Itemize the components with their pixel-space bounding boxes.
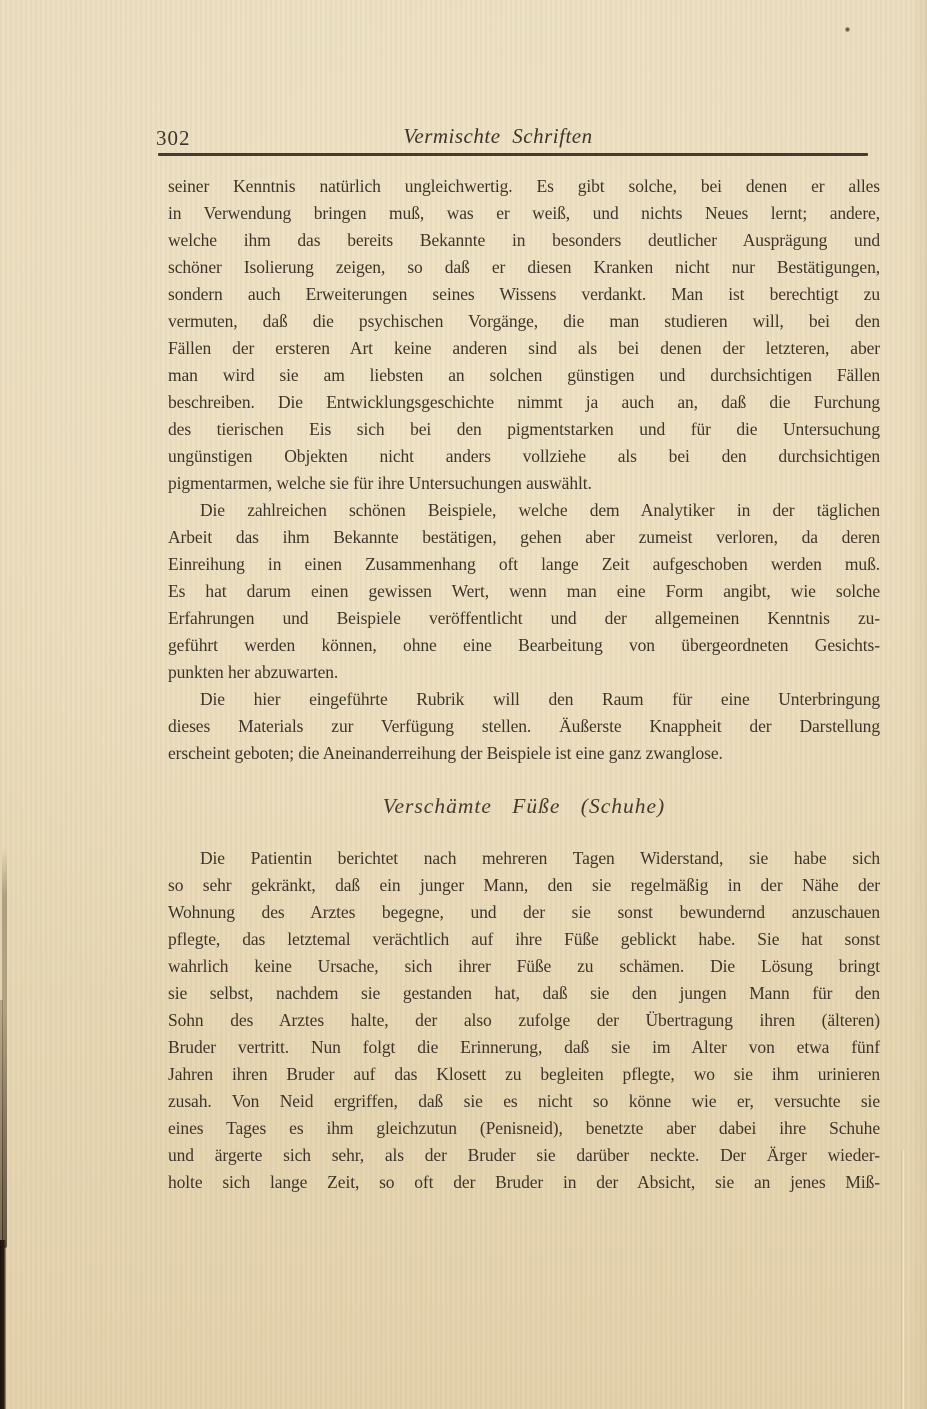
paragraph: Die zahlreichen schönen Beispiele, welch… (168, 497, 880, 686)
text-line: Es hat darum einen gewissen Wert, wenn m… (168, 578, 880, 605)
text-line: Die zahlreichen schönen Beispiele, welch… (168, 497, 880, 524)
text-line: Fällen der ersteren Art keine anderen si… (168, 335, 880, 362)
text-line: Die Patientin berichtet nach mehreren Ta… (168, 845, 880, 872)
text-line: eines Tages es ihm gleichzutun (Penisnei… (168, 1115, 880, 1142)
text-line: so sehr gekränkt, daß ein junger Mann, d… (168, 872, 880, 899)
text-line: Bruder vertritt. Nun folgt die Erinnerun… (168, 1034, 880, 1061)
text-line: Sohn des Arztes halte, der also zufolge … (168, 1007, 880, 1034)
text-line: und ärgerte sich sehr, als der Bruder si… (168, 1142, 880, 1169)
text-line: vermuten, daß die psychischen Vorgänge, … (168, 308, 880, 335)
paragraph: Die hier eingeführte Rubrik will den Rau… (168, 686, 880, 767)
body-text: seiner Kenntnis natürlich ungleichwertig… (168, 173, 880, 1196)
text-line: des tierischen Eis sich bei den pigments… (168, 416, 880, 443)
binding-edge-shadow-lower (0, 1240, 6, 1409)
text-line: welche ihm das bereits Bekannte in beson… (168, 227, 880, 254)
text-line: dieses Materials zur Verfügung stellen. … (168, 713, 880, 740)
scanned-book-page: 302 Vermischte Schriften seiner Kenntnis… (0, 0, 927, 1409)
text-line: ungünstigen Objekten nicht anders vollzi… (168, 443, 880, 470)
text-line: pigmentarmen, welche sie für ihre Unters… (168, 470, 880, 497)
text-line: Arbeit das ihm Bekannte bestätigen, gehe… (168, 524, 880, 551)
text-line: holte sich lange Zeit, so oft der Bruder… (168, 1169, 880, 1196)
text-line: pflegte, das letztemal verächtlich auf i… (168, 926, 880, 953)
right-edge-shading (911, 0, 927, 1409)
section-heading: Verschämte Füße (Schuhe) (168, 793, 880, 820)
binding-edge-shadow-mid (0, 1000, 3, 1260)
text-line: in Verwendung bringen muß, was er weiß, … (168, 200, 880, 227)
running-head: Vermischte Schriften (168, 124, 828, 149)
case-section: Die Patientin berichtet nach mehreren Ta… (168, 845, 880, 1196)
text-line: sie selbst, nachdem sie gestanden hat, d… (168, 980, 880, 1007)
text-line: man wird sie am liebsten an solchen güns… (168, 362, 880, 389)
text-line: Wohnung des Arztes begegne, und der sie … (168, 899, 880, 926)
text-line: Die hier eingeführte Rubrik will den Rau… (168, 686, 880, 713)
paragraph: Die Patientin berichtet nach mehreren Ta… (168, 845, 880, 1196)
text-line: seiner Kenntnis natürlich ungleichwertig… (168, 173, 880, 200)
text-line: Jahren ihren Bruder auf das Klosett zu b… (168, 1061, 880, 1088)
text-line: beschreiben. Die Entwicklungsgeschichte … (168, 389, 880, 416)
text-line: sondern auch Erweiterungen seines Wissen… (168, 281, 880, 308)
text-line: wahrlich keine Ursache, sich ihrer Füße … (168, 953, 880, 980)
binding-edge-shadow-upper (2, 848, 7, 1248)
header-rule (158, 153, 868, 156)
text-line: zusah. Von Neid ergriffen, daß sie es ni… (168, 1088, 880, 1115)
ink-speck (845, 27, 850, 32)
text-line: Erfahrungen und Beispiele veröffentlicht… (168, 605, 880, 632)
intro-section: seiner Kenntnis natürlich ungleichwertig… (168, 173, 880, 767)
text-line: Einreihung in einen Zusammenhang oft lan… (168, 551, 880, 578)
text-line: geführt werden können, ohne eine Bearbei… (168, 632, 880, 659)
text-line: erscheint geboten; die Aneinanderreihung… (168, 740, 880, 767)
page-edge-crease (901, 1150, 904, 1409)
text-line: punkten her abzuwarten. (168, 659, 880, 686)
text-line: schöner Isolierung zeigen, so daß er die… (168, 254, 880, 281)
paragraph: seiner Kenntnis natürlich ungleichwertig… (168, 173, 880, 497)
